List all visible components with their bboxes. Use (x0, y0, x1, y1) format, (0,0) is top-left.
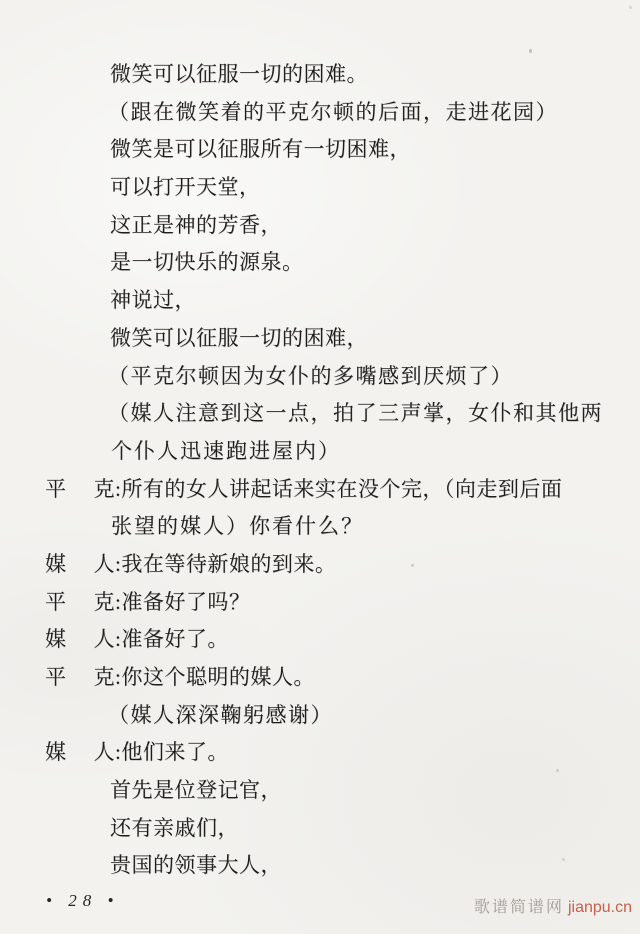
speaker-label: 平克 (45, 471, 115, 509)
dialogue-text: 我在等待新娘的到来。 (121, 552, 336, 576)
speaker-char: 媒 (45, 734, 67, 772)
dialogue-line: 媒人:他们来了。 (0, 734, 640, 772)
dialogue-line: 平克:所有的女人讲起话来实在没个完，（向走到后面 (0, 471, 640, 509)
verse-line: 微笑是可以征服所有一切困难， (0, 131, 640, 169)
speaker-char: 平 (45, 584, 67, 622)
scanned-script-page: 微笑可以征服一切的困难。 （跟在微笑着的平克尔顿的后面，走进花园） 微笑是可以征… (0, 0, 640, 934)
dialogue-text: 所有的女人讲起话来实在没个完，（向走到后面 (121, 477, 562, 501)
speaker-char: 人 (94, 734, 116, 772)
watermark-site-name: 歌谱简谱网 (474, 899, 564, 916)
verse-line: 可以打开天堂， (0, 169, 640, 207)
stage-direction: （平克尔顿因为女仆的多嘴感到厌烦了） (0, 358, 640, 396)
scan-speck (562, 858, 565, 861)
scan-speck (529, 49, 532, 53)
dialogue-line: 平克:你这个聪明的媒人。 (0, 659, 640, 697)
verse-line: 还有亲戚们， (0, 810, 640, 848)
speaker-label: 媒人 (45, 546, 115, 584)
dialogue-text: 你这个聪明的媒人。 (121, 665, 315, 689)
dialogue-text: 他们来了。 (121, 740, 229, 764)
dialogue-continuation: 张望的媒人）你看什么？ (0, 508, 640, 546)
stage-direction: （媒人深深鞠躬感谢） (0, 697, 640, 735)
speaker-char: 克 (94, 584, 116, 622)
watermark: 歌谱简谱网jianpu.cn (474, 894, 632, 917)
dialogue-text: 准备好了吗？ (121, 590, 250, 614)
speaker-char: 人 (94, 546, 116, 584)
verse-line: 微笑可以征服一切的困难。 (0, 56, 640, 94)
scan-speck (411, 564, 414, 567)
speaker-label: 媒人 (45, 621, 115, 659)
speaker-char: 克 (94, 471, 116, 509)
verse-line: 这正是神的芳香， (0, 207, 640, 245)
speaker-char: 平 (45, 659, 67, 697)
speaker-char: 平 (45, 471, 67, 509)
speaker-label: 媒人 (45, 734, 115, 772)
verse-line: 贵国的领事大人， (0, 847, 640, 885)
speaker-label: 平克 (45, 659, 115, 697)
verse-line: 是一切快乐的源泉。 (0, 244, 640, 282)
stage-direction: （媒人注意到这一点，拍了三声掌，女仆和其他两 (0, 395, 640, 433)
verse-line: 神说过， (0, 282, 640, 320)
verse-line: 微笑可以征服一切的困难， (0, 320, 640, 358)
stage-direction: （跟在微笑着的平克尔顿的后面，走进花园） (0, 94, 640, 132)
dialogue-line: 平克:准备好了吗？ (0, 584, 640, 622)
speaker-label: 平克 (45, 584, 115, 622)
verse-line: 首先是位登记官， (0, 772, 640, 810)
page-number: • 28 • (46, 891, 119, 911)
scan-speck (556, 769, 559, 772)
dialogue-line: 媒人:我在等待新娘的到来。 (0, 546, 640, 584)
dialogue-line: 媒人:准备好了。 (0, 621, 640, 659)
speaker-char: 媒 (45, 621, 67, 659)
stage-direction-continuation: 个仆人迅速跑进屋内） (0, 433, 640, 471)
scan-speck (629, 6, 632, 9)
script-text-block: 微笑可以征服一切的困难。 （跟在微笑着的平克尔顿的后面，走进花园） 微笑是可以征… (0, 0, 640, 885)
watermark-domain: jianpu.cn (568, 899, 632, 916)
speaker-char: 人 (94, 621, 116, 659)
speaker-char: 克 (94, 659, 116, 697)
dialogue-text: 准备好了。 (121, 627, 229, 651)
speaker-char: 媒 (45, 546, 67, 584)
